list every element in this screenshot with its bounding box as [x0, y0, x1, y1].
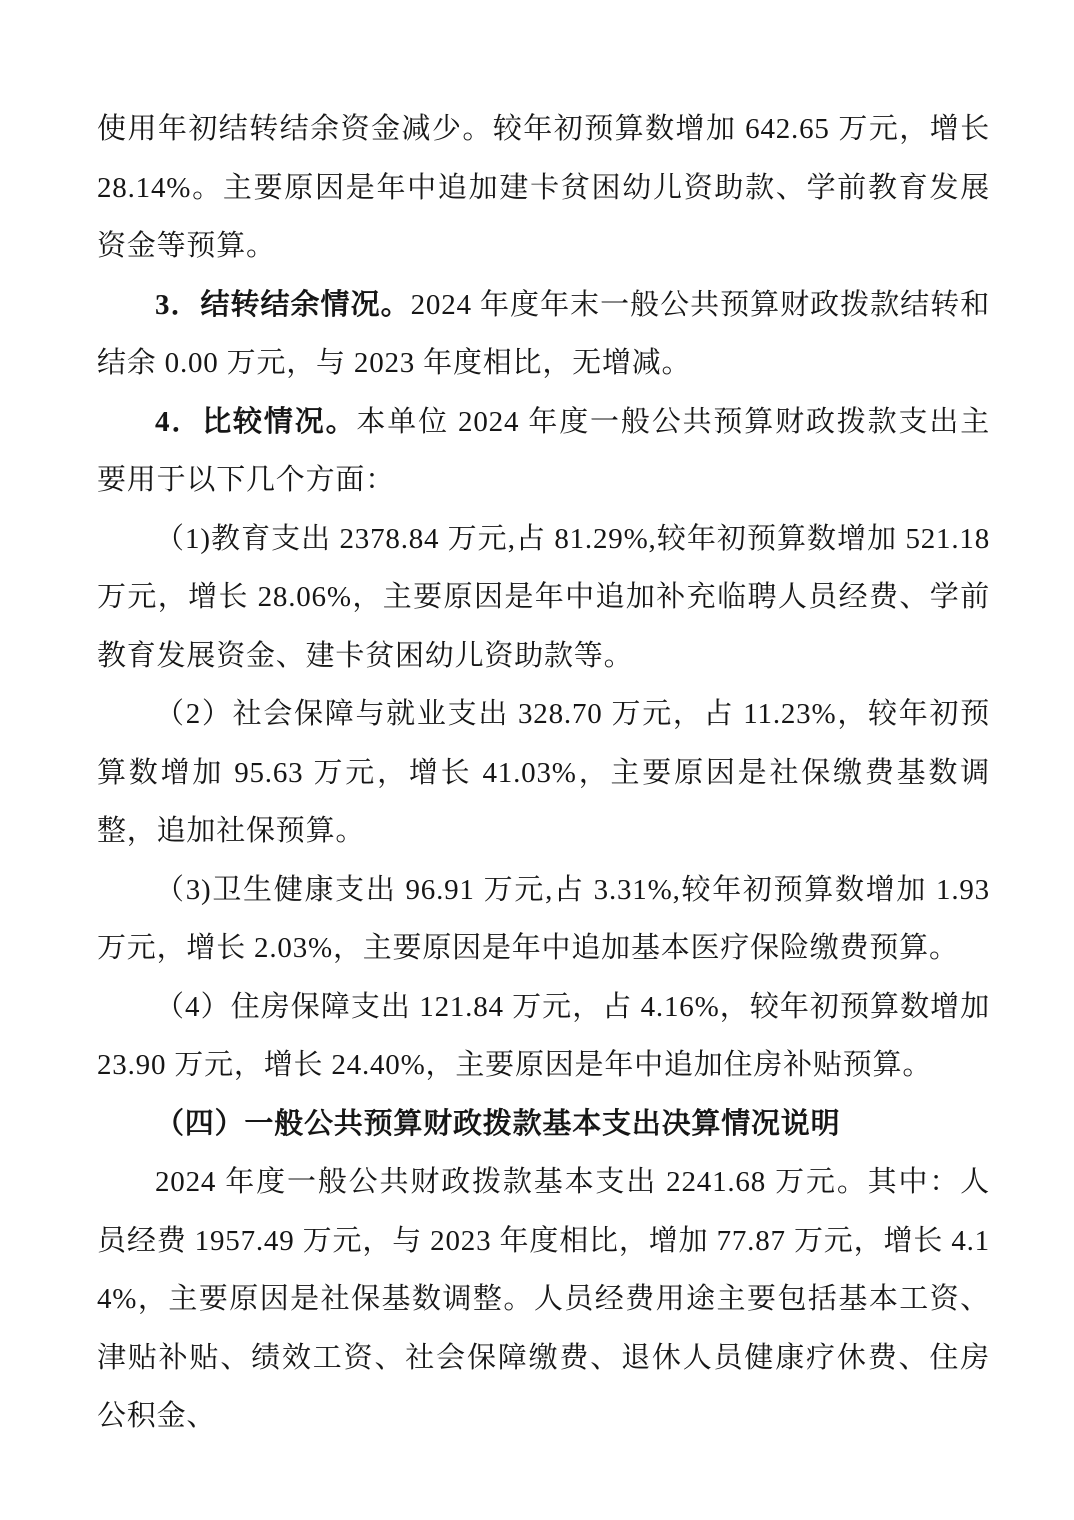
section-heading: （四）一般公共预算财政拨款基本支出决算情况说明 [97, 1095, 990, 1154]
paragraph-2: 3．结转结余情况。2024 年度年末一般公共预算财政拨款结转和结余 0.00 万… [97, 276, 990, 393]
paragraph-7: （4）住房保障支出 121.84 万元，占 4.16%，较年初预算数增加 23.… [97, 978, 990, 1095]
paragraph-4: （1)教育支出 2378.84 万元,占 81.29%,较年初预算数增加 521… [97, 510, 990, 686]
document-page: 使用年初结转结余资金减少。较年初预算数增加 642.65 万元，增长 28.14… [0, 0, 1074, 1520]
paragraph-9: 2024 年度一般公共财政拨款基本支出 2241.68 万元。其中：人员经费 1… [97, 1153, 990, 1446]
text-run: （1)教育支出 2378.84 万元,占 81.29%,较年初预算数增加 521… [97, 523, 990, 672]
paragraph-3: 4．比较情况。本单位 2024 年度一般公共预算财政拨款支出主要用于以下几个方面… [97, 393, 990, 510]
document-body: 使用年初结转结余资金减少。较年初预算数增加 642.65 万元，增长 28.14… [97, 100, 990, 1446]
text-run: 2024 年度一般公共财政拨款基本支出 2241.68 万元。其中：人员经费 1… [97, 1166, 990, 1432]
text-run: （3)卫生健康支出 96.91 万元,占 3.31%,较年初预算数增加 1.93… [97, 874, 990, 965]
paragraph-5: （2）社会保障与就业支出 328.70 万元，占 11.23%，较年初预算数增加… [97, 685, 990, 861]
bold-text-run: 3．结转结余情况。 [155, 289, 411, 321]
bold-text-run: 4．比较情况。 [155, 406, 356, 438]
paragraph-6: （3)卫生健康支出 96.91 万元,占 3.31%,较年初预算数增加 1.93… [97, 861, 990, 978]
text-run: （4）住房保障支出 121.84 万元，占 4.16%，较年初预算数增加 23.… [97, 991, 990, 1082]
text-run: 使用年初结转结余资金减少。较年初预算数增加 642.65 万元，增长 28.14… [97, 113, 990, 262]
bold-text-run: （四）一般公共预算财政拨款基本支出决算情况说明 [155, 1108, 840, 1140]
paragraph-1: 使用年初结转结余资金减少。较年初预算数增加 642.65 万元，增长 28.14… [97, 100, 990, 276]
text-run: （2）社会保障与就业支出 328.70 万元，占 11.23%，较年初预算数增加… [97, 698, 990, 847]
